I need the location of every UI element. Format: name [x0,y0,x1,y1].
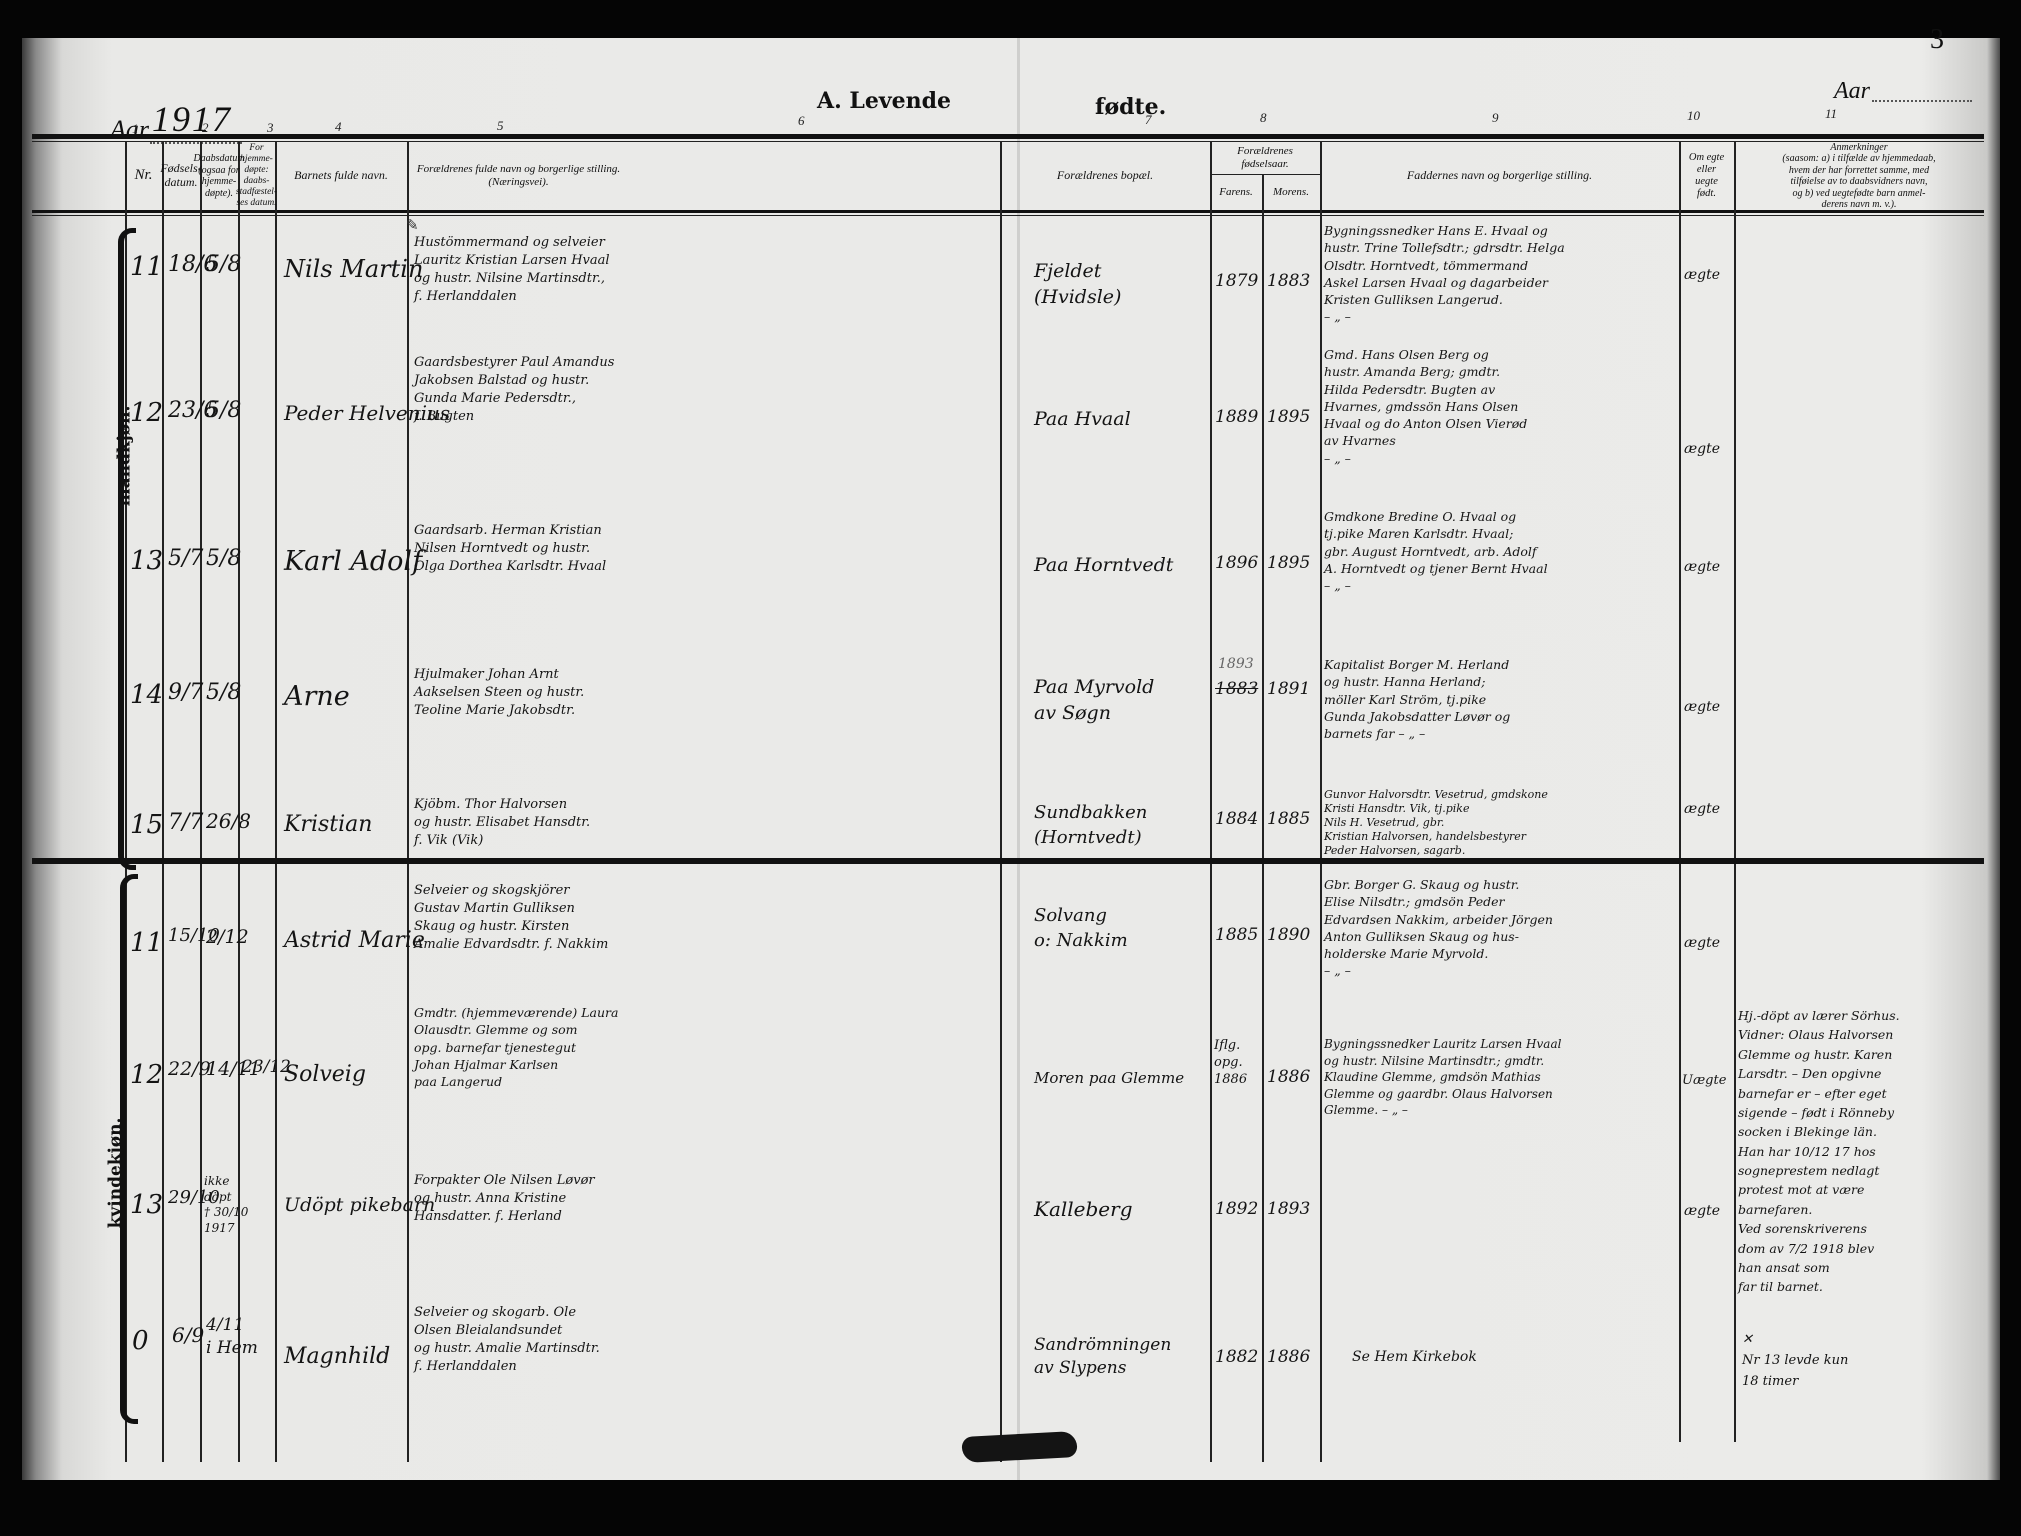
entry-sponsors: Kapitalist Borger M. Herland og hustr. H… [1324,656,1510,742]
entry-nr: 12 [130,396,163,432]
column-number: 5 [497,118,504,134]
entry-nr: 11 [130,250,163,286]
entry-father-year: 1882 [1215,1346,1258,1369]
entry-mother-year: 1893 [1267,1198,1310,1221]
entry-baptism-date: 2/12 [206,924,249,950]
title-right: fødte. [1095,94,1166,120]
header-bottom-rule [32,210,1984,213]
header-mother-year: Morens. [1262,174,1320,210]
entry-nr: 11 [130,926,163,962]
entry-sponsors: Bygningssnedker Lauritz Larsen Hvaal og … [1324,1036,1561,1119]
header-legitimate: Om egte eller uegte født. [1679,142,1734,210]
entry-child-name: Magnhild [284,1342,390,1372]
header-top-rule [32,134,1984,139]
column-number: 11 [1825,106,1837,122]
entry-legitimate: Uægte [1682,1072,1726,1090]
entry-father-year: 1883 [1215,678,1258,701]
entry-legitimate: ægte [1684,934,1720,953]
col-rule [162,142,164,1462]
col-rule [1000,142,1002,1462]
entry-parents: Gaardsarb. Herman Kristian Nilsen Horntv… [414,522,606,576]
entry-legitimate: ægte [1684,440,1720,459]
year-right-dotted-line [1872,100,1972,102]
entry-baptism-date: 5/8 [206,396,241,426]
entry-baptism-date: 4/11 i Hem [206,1314,258,1360]
entry-child-name: Nils Martin [284,253,423,286]
entry-father-year: 1896 [1215,552,1258,575]
entry-mother-year: 1886 [1267,1066,1310,1089]
column-number: 10 [1687,108,1700,124]
entry-residence: Kalleberg [1034,1196,1133,1224]
entry-parents: Gmdtr. (hjemmeværende) Laura Olausdtr. G… [414,1004,618,1090]
entry-residence: Paa Myrvold av Søgn [1034,674,1154,726]
entry-nr: 14 [130,678,163,714]
entry-child-name: Arne [284,678,350,715]
entry-residence: Sandrömningen av Slypens [1034,1334,1171,1381]
binding-ribbon [961,1431,1077,1463]
entry-parents: Hjulmaker Johan Arnt Aakselsen Steen og … [414,666,584,720]
entry-sponsors: Gbr. Borger G. Skaug og hustr. Elise Nil… [1324,876,1553,980]
register-page: Aar 1917 A. Levende fødte. Aar 3 1 2 3 4… [22,38,2000,1480]
col-rule [1210,142,1212,1462]
entry-legitimate: ægte [1684,558,1720,577]
header-bottom-rule-thin [32,215,1984,216]
year-label-right: Aar [1834,78,1870,105]
header-parents: Forældrenes fulde navn og borgerlige sti… [407,142,630,210]
entry-legitimate: ægte [1684,800,1720,819]
entry-father-year: 1892 [1215,1198,1258,1221]
entry-sponsors: Gmd. Hans Olsen Berg og hustr. Amanda Be… [1324,346,1527,467]
header-sponsors: Faddernes navn og borgerlige stilling. [1320,142,1679,210]
entry-sponsors: Gunvor Halvorsdtr. Vesetrud, gmdskone Kr… [1324,788,1548,858]
female-section-label: kvindekjøn. [105,1118,125,1229]
entry-nr: 13 [130,544,163,580]
header-nr: Nr. [125,142,162,210]
entry-baptism-date: 26/8 [206,808,251,836]
header-parents-birth-year: Forældrenes fødselsaar. [1210,142,1320,174]
entry-parents: Kjöbm. Thor Halvorsen og hustr. Elisabet… [414,796,590,850]
entry-mother-year: 1891 [1267,678,1310,701]
entry-baptism-date: 5/8 [206,544,241,574]
col-rule [238,142,240,1462]
header-child-name: Barnets fulde navn. [275,142,407,210]
section-divider [32,858,1984,864]
entry-nr: 13 [130,1188,163,1224]
entry-child-name: Kristian [284,810,372,840]
header-father-year: Farens. [1210,174,1262,210]
entry-birth-date: 9/7 [168,678,203,708]
entry-mother-year: 1885 [1267,808,1310,831]
entry-child-name: Astrid Marie [284,926,425,956]
entry-mother-year: 1883 [1267,270,1310,293]
col-rule [1734,142,1736,1442]
entry-birth-date: 6/9 [172,1322,204,1350]
entry-birth-date: 5/7 [168,544,203,574]
col-rule [1679,142,1681,1442]
entry-residence: Sundbakken (Horntvedt) [1034,801,1147,851]
entry-father-year-correction: 1893 [1218,655,1254,674]
col-rule [200,142,202,1462]
entry-baptism-date: 5/8 [206,678,241,708]
entry-legitimate: ægte [1684,698,1720,717]
column-number: 4 [335,119,342,135]
entry-residence: Paa Horntvedt [1034,552,1173,578]
column-number: 8 [1260,110,1267,126]
ink-mark-icon: ✎ [406,216,419,234]
col-rule [275,142,277,1462]
entry-legitimate: ægte [1684,1202,1720,1221]
entry-sponsors: Se Hem Kirkebok [1352,1348,1477,1367]
entry-mother-year: 1886 [1267,1346,1310,1369]
entry-sponsors: Gmdkone Bredine O. Hvaal og tj.pike Mare… [1324,508,1548,594]
entry-father-year: 1889 [1215,406,1258,429]
entry-baptism-date: 5/8 [206,250,241,280]
entry-father-year: Iflg. opg. 1886 [1214,1038,1260,1089]
header-home-baptism: For hjemme- døpte: daabs- stadfæstel- se… [238,142,275,210]
entry-baptism-date: ikke döpt † 30/10 1917 [204,1174,248,1236]
entry-parents: Forpakter Ole Nilsen Løvør og hustr. Ann… [414,1172,595,1226]
entry-nr: 0 [132,1324,149,1360]
entry-residence: Fjeldet (Hvidsle) [1034,258,1121,310]
entry-remarks: ✕ Nr 13 levde kun 18 timer [1742,1330,1848,1392]
entry-child-name: Karl Adolf [284,543,422,580]
entry-child-name: Udöpt pikebarn [284,1192,435,1218]
entry-birth-date: 7/7 [168,808,203,838]
entry-birth-date: 22/9 [168,1056,211,1082]
entry-residence: Paa Hvaal [1034,406,1131,432]
col-rule [407,142,409,1462]
entry-father-year: 1884 [1215,808,1258,831]
entry-nr: 12 [130,1058,163,1094]
entry-mother-year: 1895 [1267,406,1310,429]
column-number: 7 [1145,112,1152,128]
entry-mother-year: 1895 [1267,552,1310,575]
entry-parents: Selveier og skogskjörer Gustav Martin Gu… [414,882,608,954]
page-number: 3 [1930,24,1944,56]
entry-mother-year: 1890 [1267,924,1310,947]
col-rule [1262,174,1264,1462]
entry-nr: 15 [130,808,163,844]
entry-father-year: 1879 [1215,270,1258,293]
column-number: 9 [1492,110,1499,126]
entry-remarks: Hj.-döpt av lærer Sörhus. Vidner: Olaus … [1738,1006,1900,1297]
entry-child-name: Solveig [284,1060,366,1090]
entry-legitimate: ægte [1684,266,1720,285]
entry-residence: Moren paa Glemme [1034,1068,1184,1089]
entry-parents: Gaardsbestyrer Paul Amandus Jakobsen Bal… [414,354,614,426]
column-number: 6 [798,113,805,129]
entry-father-year: 1885 [1215,924,1258,947]
header-residence: Forældrenes bopæl. [1000,142,1210,210]
header-remarks: Anmerkninger (saasom: a) i tilfælde av h… [1734,142,1984,210]
title-left: A. Levende [817,88,951,114]
col-rule [1320,142,1322,1462]
page-fold [1017,38,1020,1480]
entry-residence: Solvang ο: Nakkim [1034,904,1128,954]
entry-parents: Selveier og skogarb. Ole Olsen Bleialand… [414,1304,600,1376]
entry-parents: Hustömmermand og selveier Lauritz Kristi… [414,234,610,306]
entry-sponsors: Bygningssnedker Hans E. Hvaal og hustr. … [1324,222,1565,326]
header-baptism-date: Daabsdatum (ogsaa for hjemme- døpte). [200,142,238,210]
